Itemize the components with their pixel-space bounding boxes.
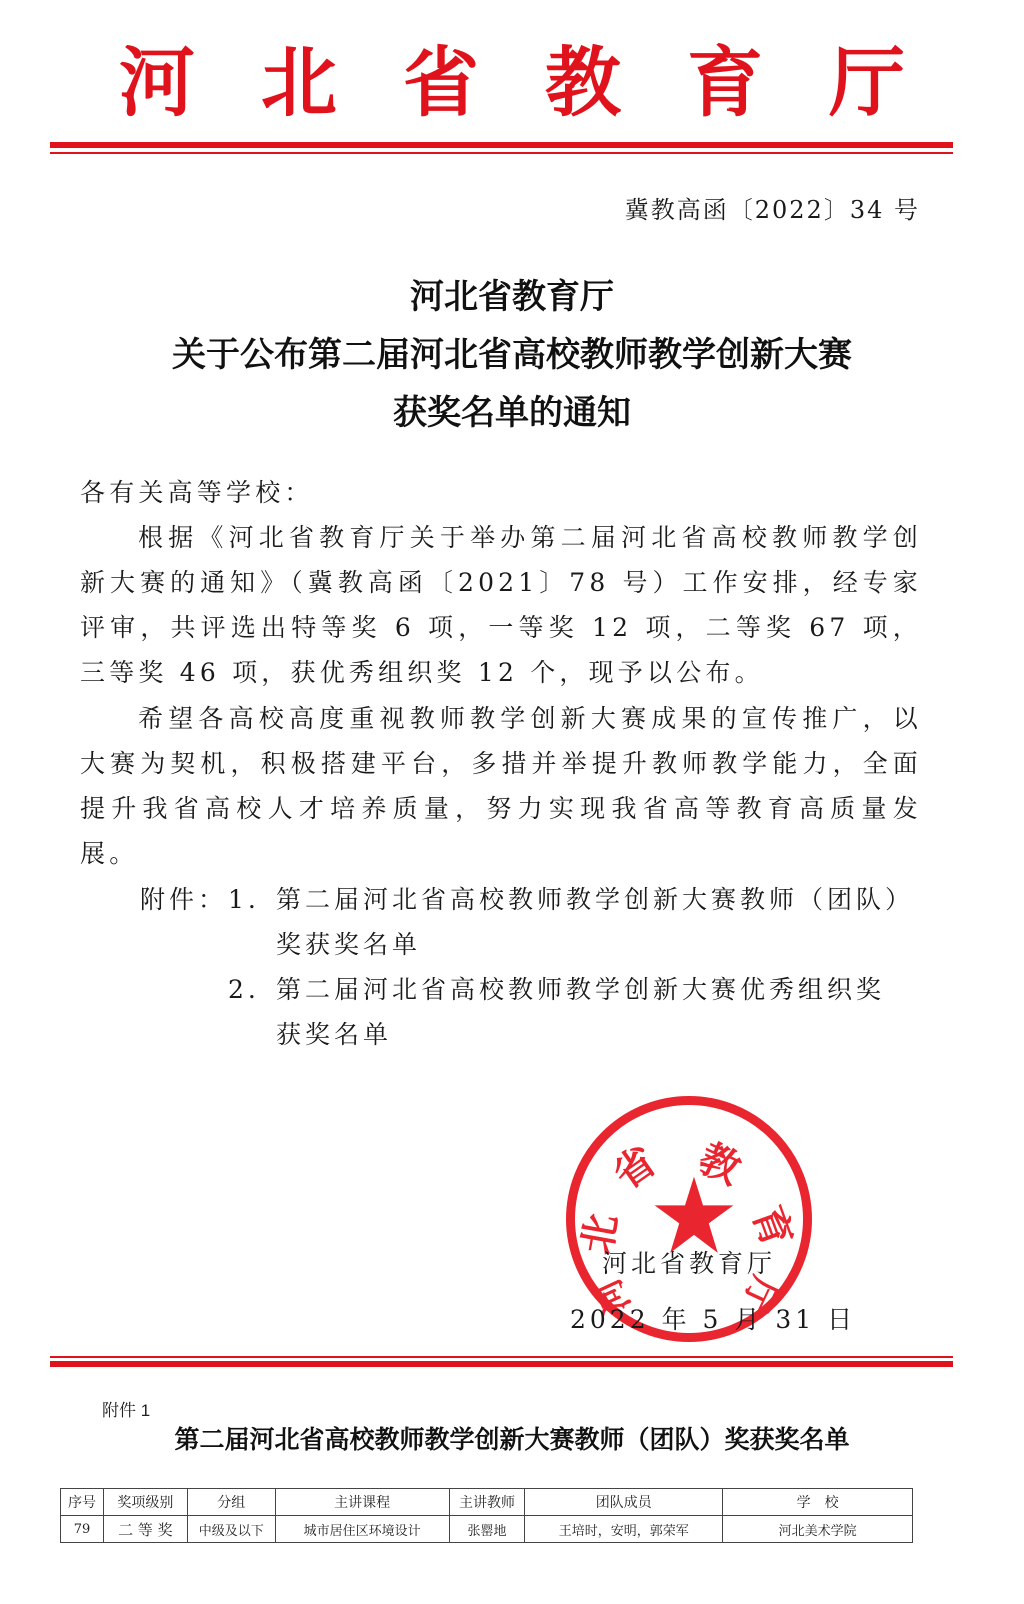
header-rule-thick — [50, 142, 953, 148]
title-line-3: 获奖名单的通知 — [0, 384, 1024, 442]
salutation: 各有关高等学校： — [80, 470, 922, 515]
title-line-1: 河北省教育厅 — [0, 268, 1024, 326]
paragraph-2: 希望各高校高度重视教师教学创新大赛成果的宣传推广，以大赛为契机，积极搭建平台，多… — [80, 696, 922, 876]
masthead-char: 教 — [512, 38, 654, 128]
cell-award-level: 二 等 奖 — [103, 1516, 187, 1543]
footer-rule-thick — [50, 1361, 953, 1367]
awards-table: 序号 奖项级别 分组 主讲课程 主讲教师 团队成员 学 校 79 二 等 奖 中… — [60, 1488, 913, 1543]
column-header-team-members: 团队成员 — [525, 1489, 723, 1516]
cell-index: 79 — [61, 1516, 104, 1543]
paragraph-1: 根据《河北省教育厅关于举办第二届河北省高校教师教学创新大赛的通知》（冀教高函〔2… — [80, 515, 922, 695]
appendix-label: 附件 1 — [102, 1396, 150, 1421]
column-header-lead-teacher: 主讲教师 — [449, 1489, 525, 1516]
attachment-1-line-2: 奖获奖名单 — [276, 922, 421, 967]
column-header-award-level: 奖项级别 — [103, 1489, 187, 1516]
cell-group: 中级及以下 — [187, 1516, 275, 1543]
column-header-index: 序号 — [61, 1489, 104, 1516]
appendix-title: 第二届河北省高校教师教学创新大赛教师（团队）奖获奖名单 — [0, 1420, 1024, 1456]
cell-school: 河北美术学院 — [723, 1516, 913, 1543]
column-header-course: 主讲课程 — [275, 1489, 449, 1516]
table-header-row: 序号 奖项级别 分组 主讲课程 主讲教师 团队成员 学 校 — [61, 1489, 913, 1516]
column-header-school: 学 校 — [723, 1489, 913, 1516]
masthead-char: 厅 — [796, 38, 938, 128]
attachment-2-line-1: 第二届河北省高校教师教学创新大赛优秀组织奖 — [276, 967, 885, 1012]
issue-date: 2022 年 5 月 31 日 — [570, 1300, 856, 1336]
title-line-2: 关于公布第二届河北省高校教师教学创新大赛 — [0, 326, 1024, 384]
masthead-char: 河 — [86, 38, 228, 128]
masthead-title: 河北省教育厅 — [0, 38, 1024, 128]
issuer-name: 河北省教育厅 — [602, 1244, 776, 1280]
footer-rule-thin — [50, 1356, 953, 1358]
masthead-char: 省 — [370, 38, 512, 128]
attachment-1-number: 1. — [228, 877, 260, 922]
cell-team-members: 王培时，安明，郭荣军 — [525, 1516, 723, 1543]
document-number: 冀教高函〔2022〕34 号 — [625, 190, 920, 225]
table-row: 79 二 等 奖 中级及以下 城市居住区环境设计 张罂地 王培时，安明，郭荣军 … — [61, 1516, 913, 1543]
attachment-2-number: 2. — [228, 967, 260, 1012]
attachments-label: 附件： — [140, 877, 227, 922]
masthead-char: 育 — [654, 38, 796, 128]
cell-lead-teacher: 张罂地 — [449, 1516, 525, 1543]
column-header-group: 分组 — [187, 1489, 275, 1516]
attachment-2-line-2: 获奖名单 — [276, 1012, 392, 1057]
header-rule-thin — [50, 152, 953, 154]
cell-course: 城市居住区环境设计 — [275, 1516, 449, 1543]
attachment-1-line-1: 第二届河北省高校教师教学创新大赛教师（团队） — [276, 877, 914, 922]
masthead-char: 北 — [228, 38, 370, 128]
